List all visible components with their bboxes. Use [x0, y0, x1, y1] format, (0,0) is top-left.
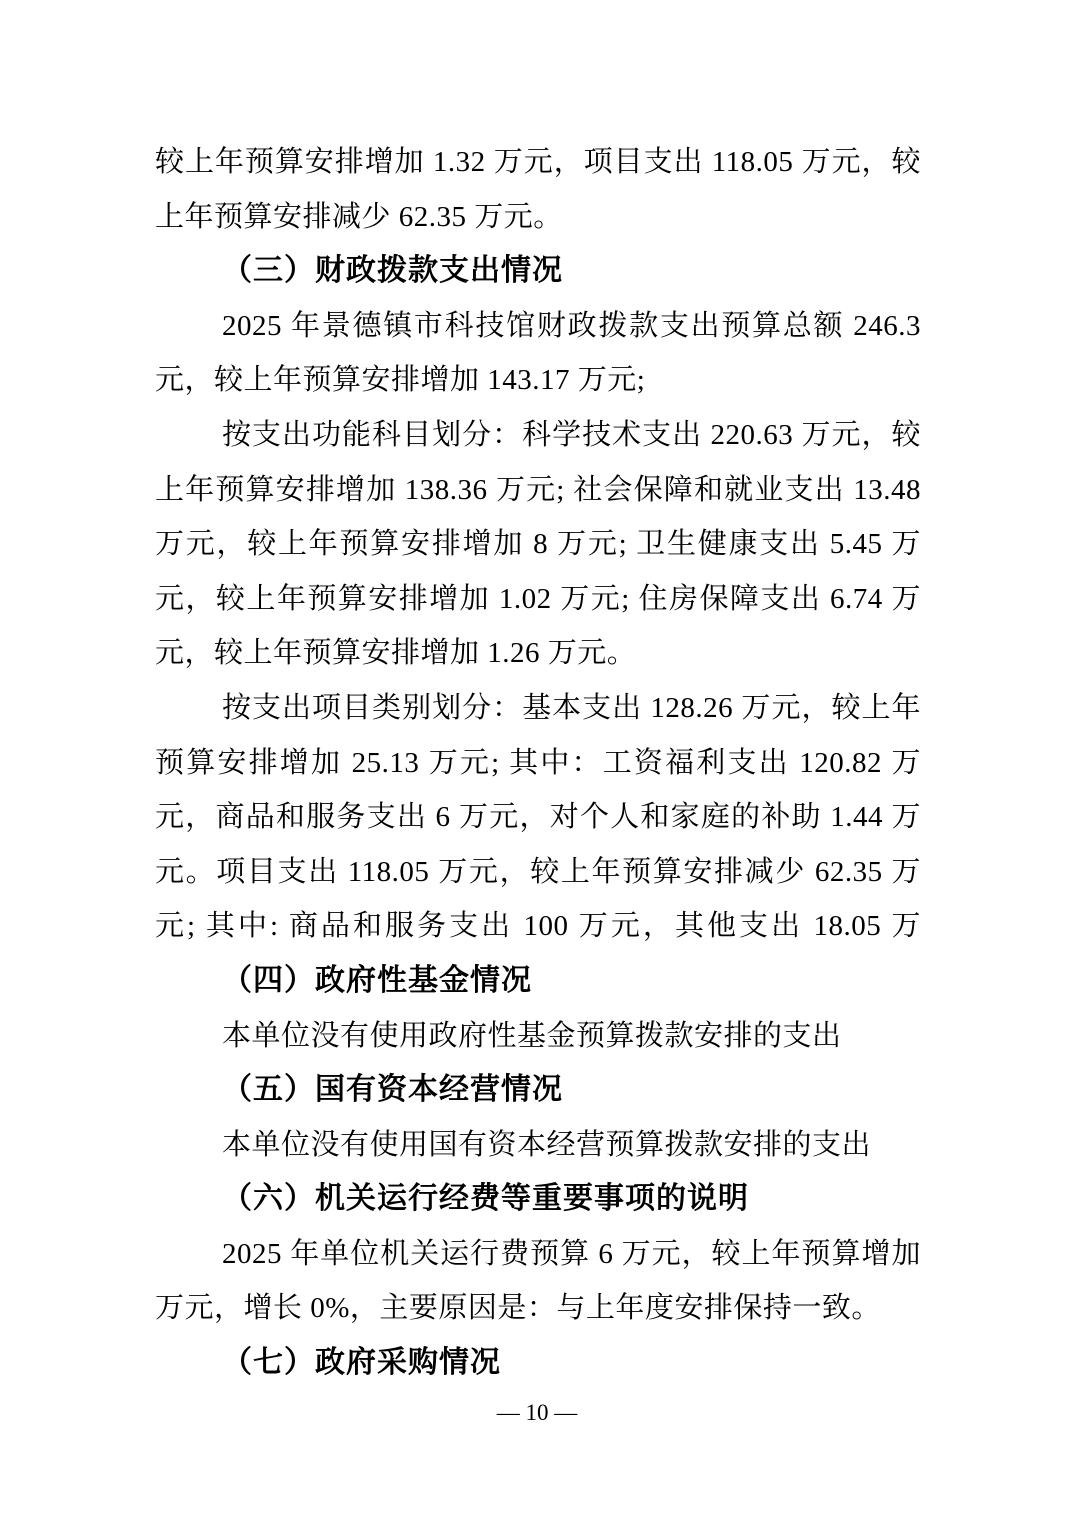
text-line: 元。项目支出 118.05 万元，较上年预算安排减少 62.35 万 [155, 845, 921, 900]
section-heading: （四）政府性基金情况 [155, 954, 921, 1009]
text-line: 2025 年景德镇市科技馆财政拨款支出预算总额 246.3 万 [155, 299, 921, 354]
text-line: 元，较上年预算安排增加 1.02 万元; 住房保障支出 6.74 万 [155, 572, 921, 627]
text-line: 元，较上年预算安排增加 143.17 万元; [155, 353, 921, 408]
page-footer: — 10 — [0, 1398, 1074, 1428]
text-line: 万元，较上年预算安排增加 8 万元; 卫生健康支出 5.45 万 [155, 517, 921, 572]
text-line: 本单位没有使用国有资本经营预算拨款安排的支出 [155, 1118, 921, 1173]
text-line: 按支出项目类别划分：基本支出 128.26 万元，较上年 [155, 681, 921, 736]
document-body: 较上年预算安排增加 1.32 万元，项目支出 118.05 万元，较上年预算安排… [155, 135, 921, 1391]
section-heading: （五）国有资本经营情况 [155, 1063, 921, 1118]
text-line: 上年预算安排减少 62.35 万元。 [155, 190, 921, 245]
text-line: 万元，增长 0%，主要原因是：与上年度安排保持一致。 [155, 1281, 921, 1336]
text-line: 元，较上年预算安排增加 1.26 万元。 [155, 626, 921, 681]
section-heading: （三）财政拨款支出情况 [155, 244, 921, 299]
text-line: 较上年预算安排增加 1.32 万元，项目支出 118.05 万元，较 [155, 135, 921, 190]
section-heading: （七）政府采购情况 [155, 1336, 921, 1391]
text-line: 元，商品和服务支出 6 万元，对个人和家庭的补助 1.44 万 [155, 790, 921, 845]
text-line: 预算安排增加 25.13 万元; 其中：工资福利支出 120.82 万 [155, 736, 921, 791]
text-line: 上年预算安排增加 138.36 万元; 社会保障和就业支出 13.48 [155, 463, 921, 518]
text-line: 元; 其中: 商品和服务支出 100 万元，其他支出 18.05 万元。 [155, 899, 921, 954]
page-number: — 10 — [497, 1400, 578, 1425]
text-line: 按支出功能科目划分：科学技术支出 220.63 万元，较 [155, 408, 921, 463]
document-page: 较上年预算安排增加 1.32 万元，项目支出 118.05 万元，较上年预算安排… [0, 0, 1074, 1520]
text-line: 2025 年单位机关运行费预算 6 万元，较上年预算增加 0 [155, 1227, 921, 1282]
section-heading: （六）机关运行经费等重要事项的说明 [155, 1172, 921, 1227]
text-line: 本单位没有使用政府性基金预算拨款安排的支出 [155, 1009, 921, 1064]
